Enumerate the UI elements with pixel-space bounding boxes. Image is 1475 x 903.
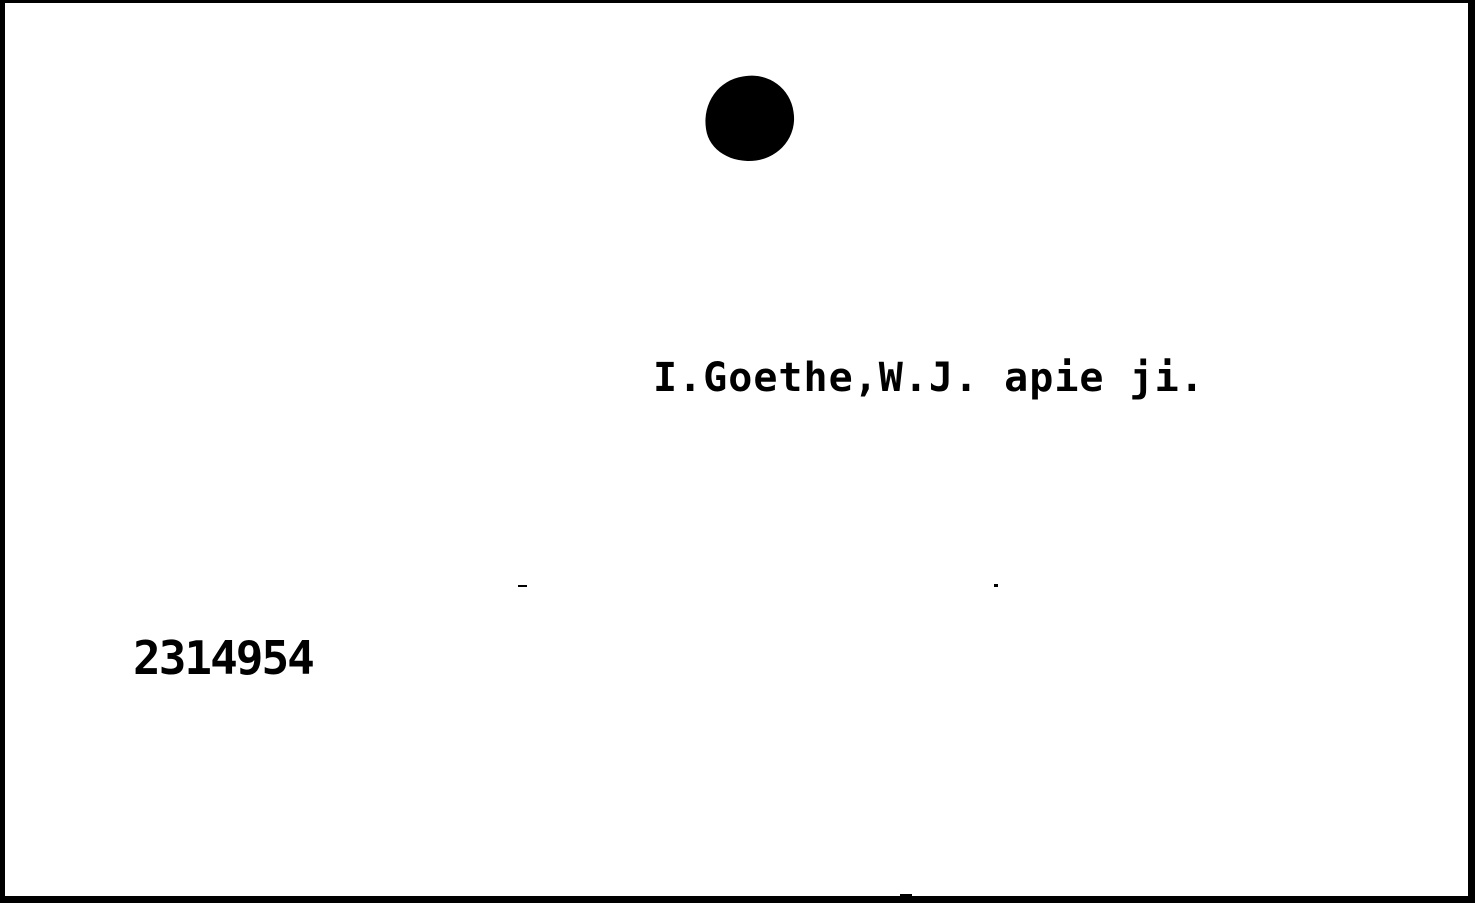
punch-hole <box>700 70 800 167</box>
catalog-card: I.Goethe,W.J. apie ji. 2314954 <box>5 3 1468 896</box>
card-heading: I.Goethe,W.J. apie ji. <box>653 358 1205 398</box>
scan-speck <box>518 585 527 587</box>
scan-speck <box>900 894 912 896</box>
scan-speck <box>994 584 998 587</box>
call-number: 2314954 <box>133 635 313 681</box>
